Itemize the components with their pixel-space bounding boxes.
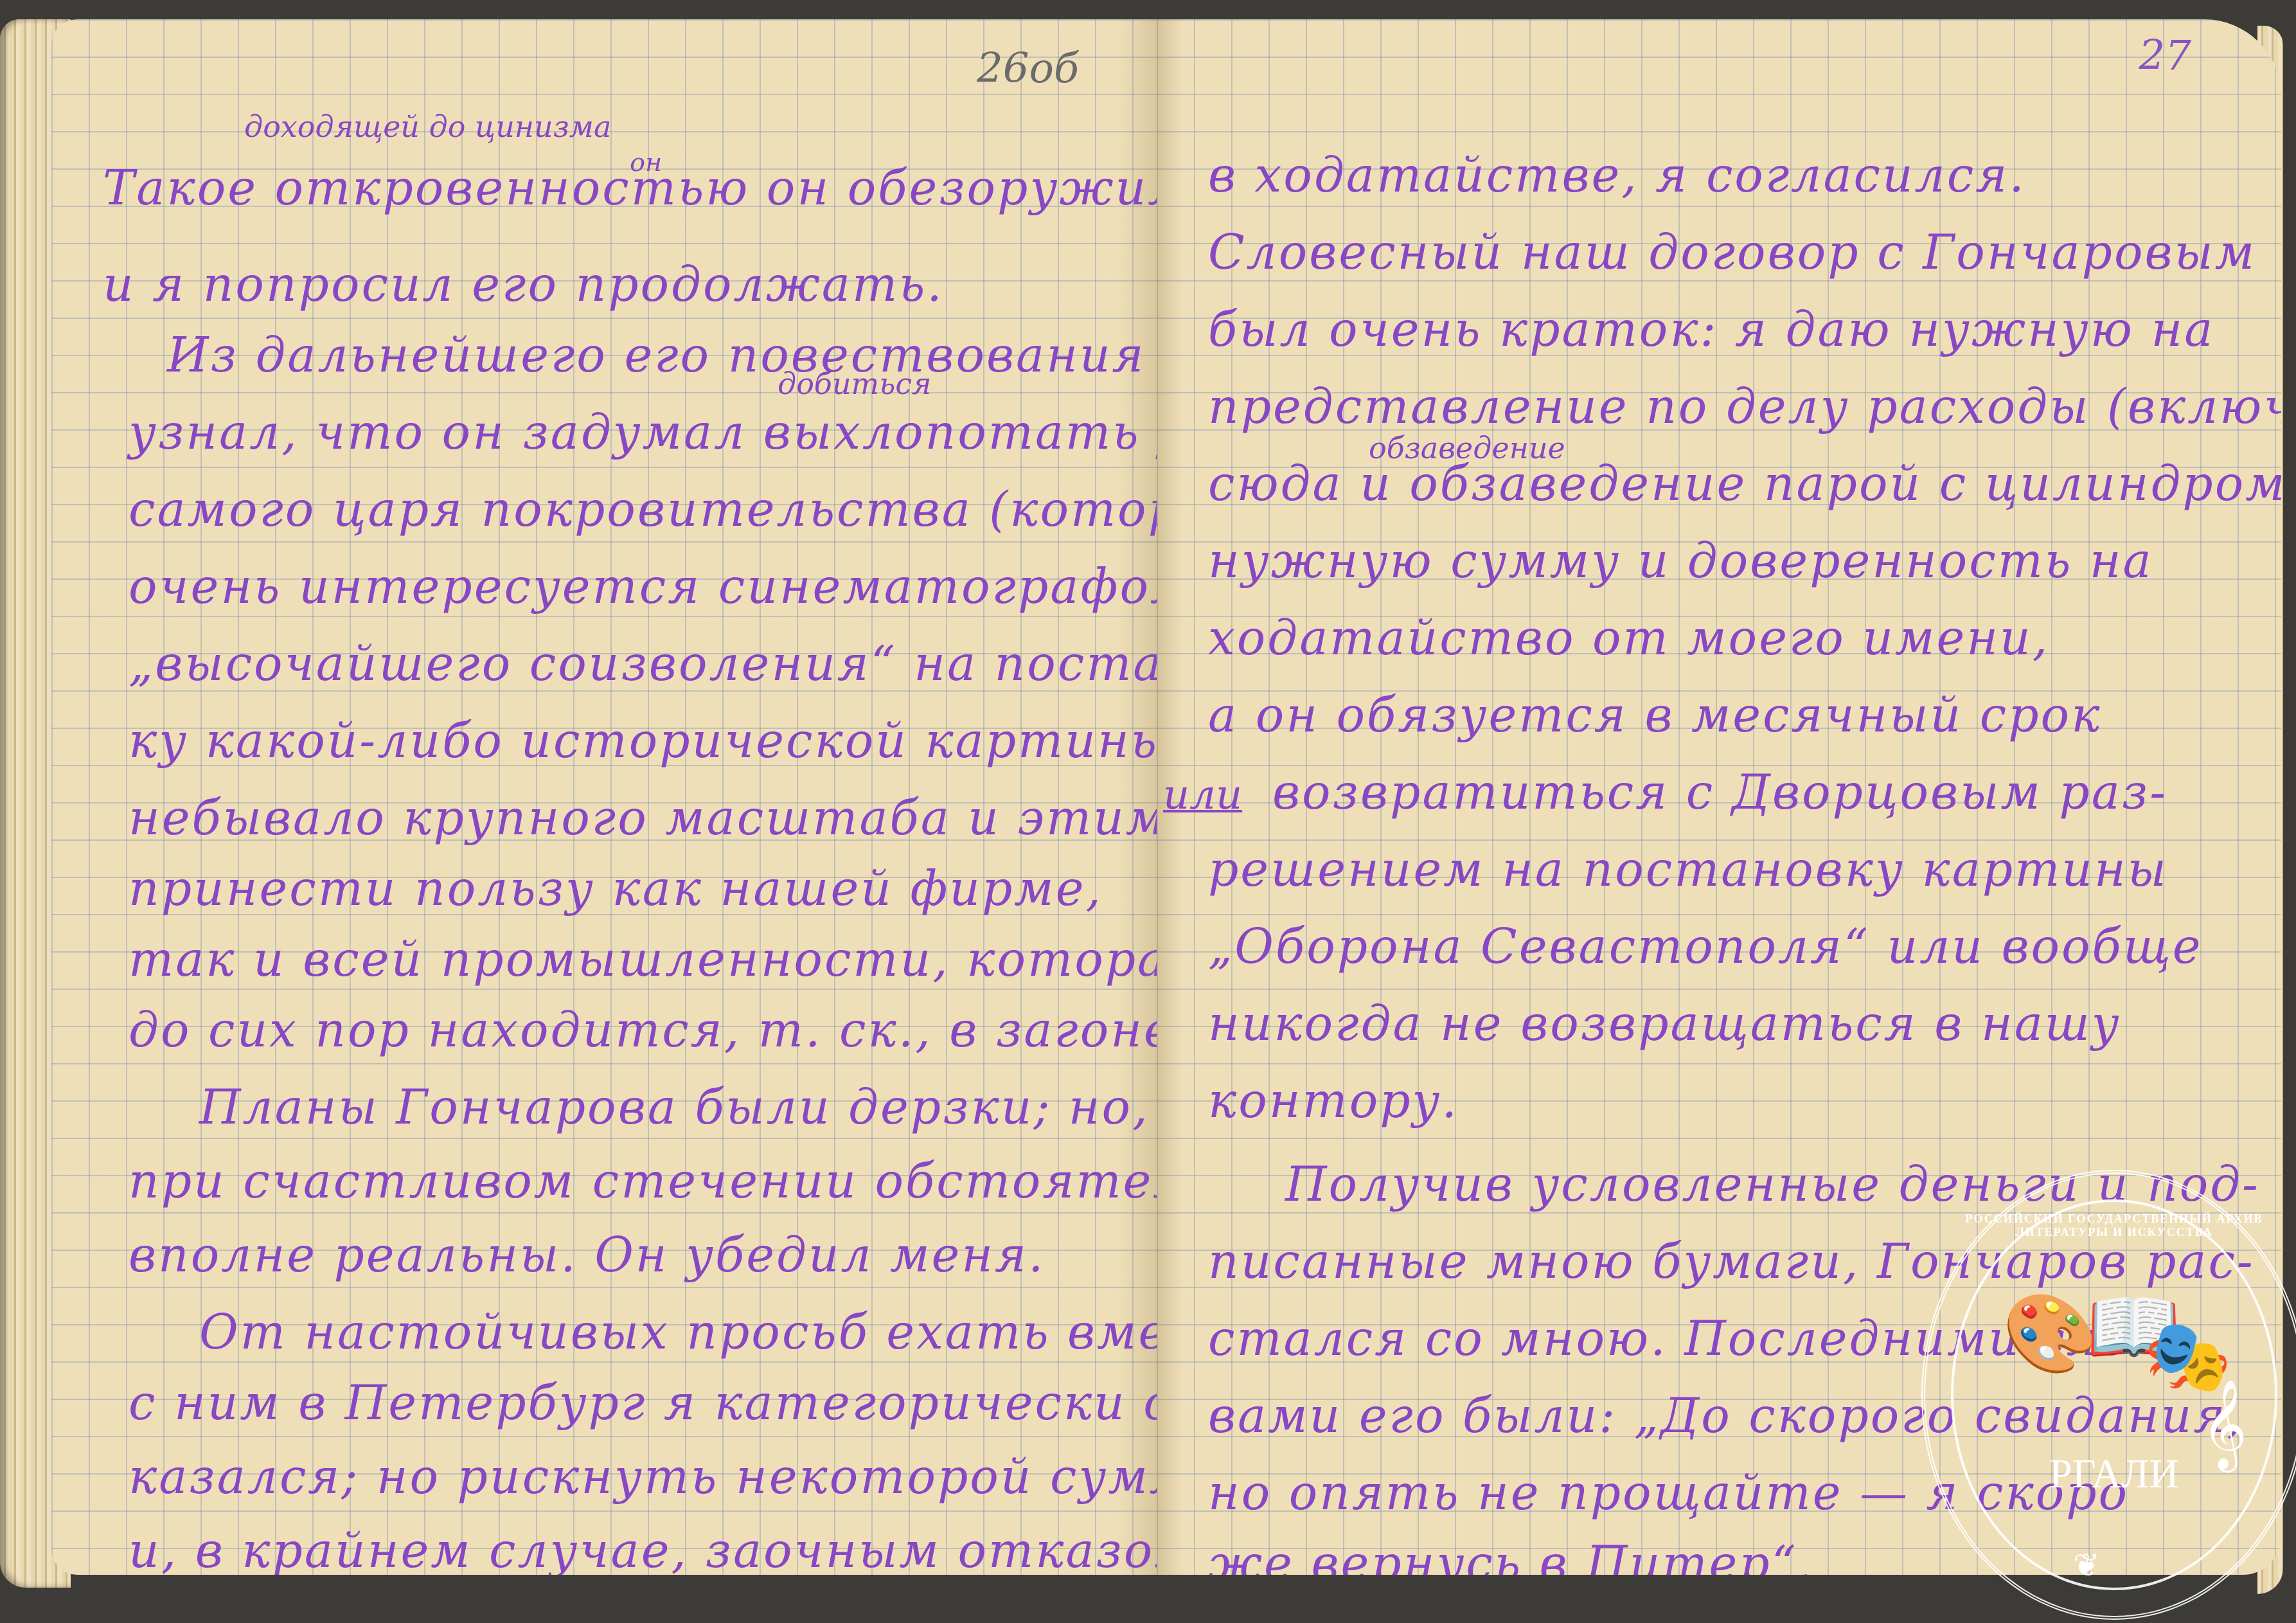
stamp-acronym: РГАЛИ [1925, 1450, 2296, 1498]
text-line: сюда и обзаведение парой с цилиндром) [1208, 456, 2281, 512]
text-line: никогда не возвращаться в нашу [1208, 996, 2121, 1052]
text-line: так и всей промышленности, которая [129, 932, 1157, 987]
notebook-spread: 26об доходящей до цинизма он Такое откро… [0, 0, 2296, 1623]
text-line: „Оборона Севастополя“ или вообще [1208, 919, 2203, 974]
text-line: От настойчивых просьб ехать вместе [199, 1305, 1157, 1360]
laurel-icon: ❦ [2073, 1547, 2100, 1584]
text-line: решением на постановку картины [1208, 842, 2168, 897]
text-line: в ходатайстве, я согласился. [1208, 148, 2026, 203]
text-line: контору. [1208, 1073, 1459, 1129]
margin-note-ili: или [1163, 771, 1242, 819]
text-line: казался; но рискнуть некоторой суммой [129, 1449, 1157, 1505]
text-line: узнал, что он задумал выхлопотать у [129, 405, 1157, 460]
text-line: небывало крупного масштаба и этим [129, 791, 1157, 846]
text-line: Планы Гончарова были дерзки; но, [199, 1080, 1150, 1135]
palette-icon: 🎨 [2002, 1289, 2098, 1379]
folio-number-right: 27 [2139, 32, 2191, 80]
text-line: же вернусь в Питер“. [1208, 1536, 1815, 1575]
left-page: 26об доходящей до цинизма он Такое откро… [51, 19, 1157, 1575]
text-line: при счастливом стечении обстоятельств, [129, 1154, 1157, 1209]
text-line: представление по делу расходы (включая [1208, 379, 2281, 435]
text-line: возвратиться с Дворцовым раз- [1272, 765, 2167, 820]
text-line: ку какой-либо исторической картины [129, 713, 1157, 769]
text-line: был очень краток: я даю нужную на [1208, 302, 2214, 357]
text-line: вполне реальны. Он убедил меня. [129, 1228, 1046, 1283]
text-line: Из дальнейшего его повествования я [167, 328, 1157, 383]
text-line: с ним в Петербург я категорически от- [129, 1376, 1157, 1431]
archive-stamp: РОССИЙСКИЙ ГОСУДАРСТВЕННЫЙ АРХИВ ЛИТЕРАТ… [1921, 1170, 2296, 1620]
folio-number-left: 26об [977, 45, 1079, 93]
text-line: очень интересуется синематографом) [129, 559, 1157, 614]
text-line: и я попросил его продолжать. [103, 257, 944, 312]
margin-mark: 1 [51, 366, 52, 414]
text-line: Словесный наш договор с Гончаровым [1208, 225, 2256, 280]
text-line: „высочайшего соизволения“ на постановку [129, 636, 1157, 692]
text-line: ходатайство от моего имени, [1208, 611, 2049, 666]
interlinear-insertion: доходящей до цинизма [244, 109, 611, 144]
text-line: нужную сумму и доверенность на [1208, 534, 2153, 589]
text-line: самого царя покровительства (который [129, 482, 1157, 537]
stamp-ring-text: РОССИЙСКИЙ ГОСУДАРСТВЕННЫЙ АРХИВ ЛИТЕРАТ… [1925, 1212, 2296, 1239]
text-line: принести пользу как нашей фирме, [129, 861, 1103, 917]
text-line: Такое откровенностью он обезоружил меня,… [103, 161, 1157, 216]
interlinear-insertion: добиться [778, 366, 931, 401]
text-line: и, в крайнем случае, заочным отказом [129, 1523, 1157, 1575]
text-line: до сих пор находится, т. ск., в загоне. [129, 1003, 1157, 1058]
left-page-text: доходящей до цинизма он Такое откровенно… [51, 19, 1157, 1575]
text-line: а он обязуется в месячный срок [1208, 688, 2101, 743]
